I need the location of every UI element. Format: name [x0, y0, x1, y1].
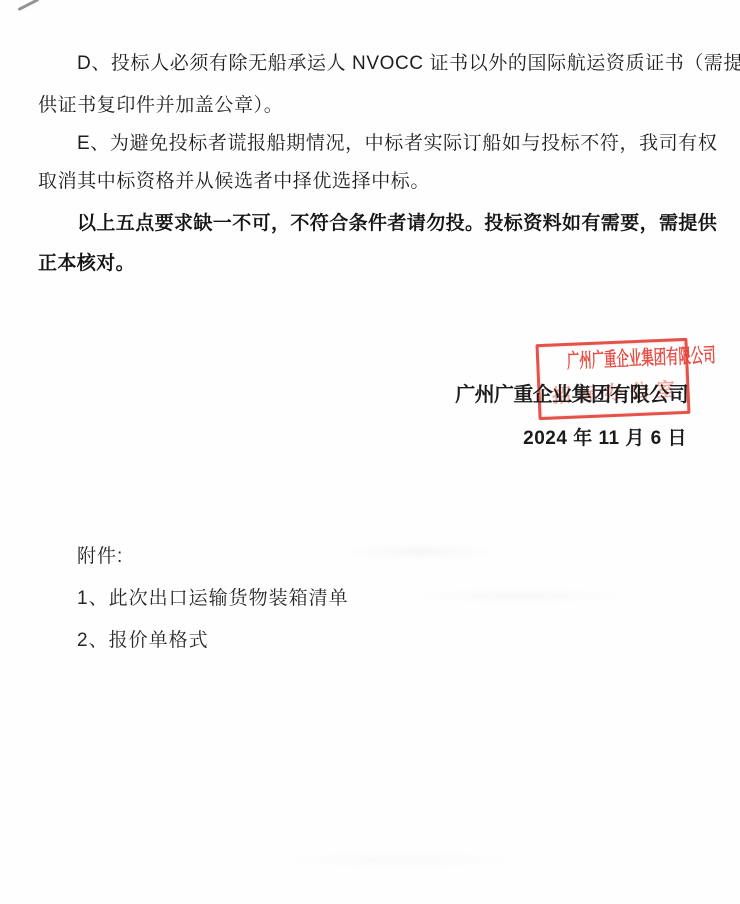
- paragraph-d-line-2: 供证书复印件并加盖公章）。: [38, 92, 283, 119]
- scanned-document-page: { "page": { "background": "#fefefe", "in…: [0, 0, 740, 904]
- summary-paragraph-line-2: 正本核对。: [38, 250, 135, 277]
- paragraph-e-line-2: 取消其中标资格并从候选者中择优选择中标。: [38, 168, 430, 195]
- paragraph-e-line-1: E、为避免投标者谎报船期情况，中标者实际订船如与投标不符，我司有权: [77, 130, 717, 157]
- summary-paragraph-line-1: 以上五点要求缺一不可，不符合条件者请勿投。投标资料如有需要，需提供: [77, 210, 717, 237]
- attachments-label: 附件:: [77, 543, 123, 570]
- signature-company-name: 广州广重企业集团有限公司: [0, 378, 688, 407]
- scan-corner-artifact: [18, 0, 40, 11]
- stamp-company-name: 广州广重企业集团有限公司: [567, 347, 658, 373]
- attachment-item-1: 1、此次出口运输货物装箱清单: [77, 585, 349, 612]
- paragraph-d-line-1: D、投标人必须有除无船承运人 NVOCC 证书以外的国际航运资质证书（需提: [77, 50, 740, 77]
- signature-date: 2024 年 11 月 6 日: [0, 423, 687, 450]
- attachment-item-2: 2、报价单格式: [77, 627, 209, 654]
